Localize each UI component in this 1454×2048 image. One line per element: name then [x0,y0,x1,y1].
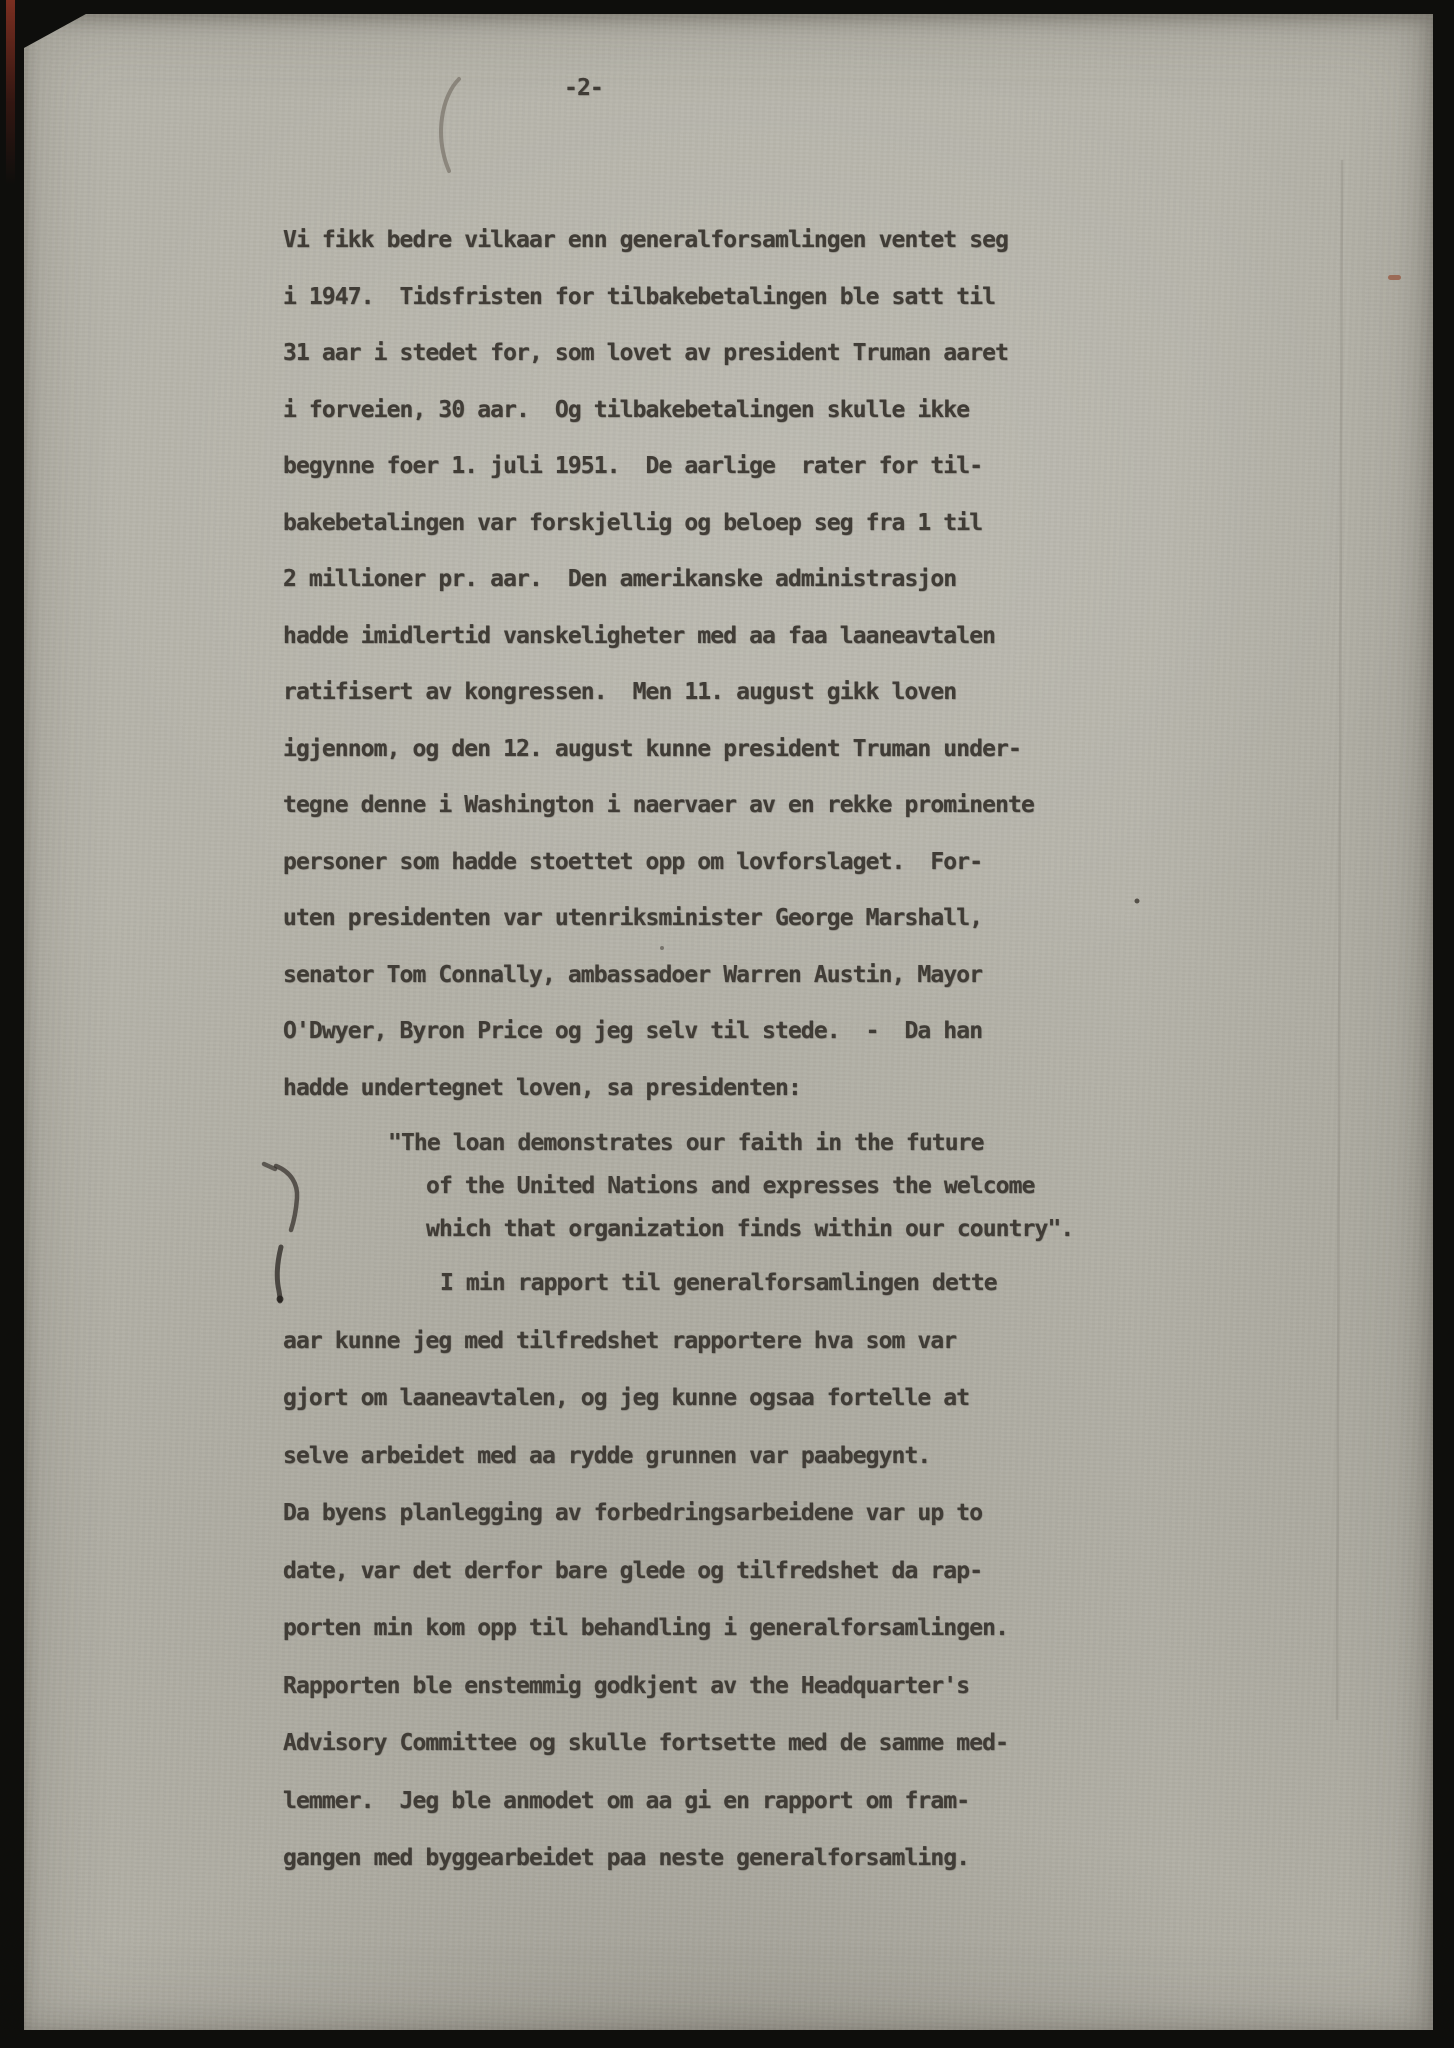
text-line: Vi fikk bedre vilkaar enn generalforsaml… [283,212,1034,269]
text-line: Da byens planlegging av forbedringsarbei… [283,1485,1008,1543]
text-line: gangen med byggearbeidet paa neste gener… [283,1830,1008,1888]
text-line: personer som hadde stoettet opp om lovfo… [283,834,1034,891]
text-line: aar kunne jeg med tilfredshet rapportere… [283,1313,1008,1371]
text-line: 2 millioner pr. aar. Den amerikanske adm… [283,551,1034,608]
text-line: tegne denne i Washington i naervaer av e… [283,777,1034,834]
text-line: Advisory Committee og skulle fortsette m… [283,1715,1008,1773]
text-line: 31 aar i stedet for, som lovet av presid… [283,325,1034,382]
text-line: i 1947. Tidsfristen for tilbakebetalinge… [283,269,1034,326]
text-line: ratifisert av kongressen. Men 11. august… [283,664,1034,721]
paragraph-2: I min rapport til generalforsamlingen de… [283,1255,1008,1888]
text-line: I min rapport til generalforsamlingen de… [283,1255,1008,1313]
page-number: -2- [564,77,603,100]
text-line: senator Tom Connally, ambassadoer Warren… [283,947,1034,1004]
text-line: "The loan demonstrates our faith in the … [388,1122,1073,1165]
text-line: selve arbeidet med aa rydde grunnen var … [283,1428,1008,1486]
text-line: date, var det derfor bare glede og tilfr… [283,1543,1008,1601]
paragraph-1: Vi fikk bedre vilkaar enn generalforsaml… [283,212,1034,1116]
text-line: hadde undertegnet loven, sa presidenten: [283,1060,1034,1117]
text-line: gjort om laaneavtalen, og jeg kunne ogsa… [283,1370,1008,1428]
scanned-document: -2- Vi fikk bedre vilkaar enn generalfor… [0,0,1454,2048]
text-line: of the United Nations and expresses the … [426,1165,1073,1208]
text-line: Rapporten ble enstemmig godkjent av the … [283,1658,1008,1716]
scanner-edge-red-streak [6,0,15,185]
text-line: which that organization finds within our… [426,1208,1073,1251]
text-line: i forveien, 30 aar. Og tilbakebetalingen… [283,382,1034,439]
text-line: porten min kom opp til behandling i gene… [283,1600,1008,1658]
text-line: bakebetalingen var forskjellig og beloep… [283,495,1034,552]
text-line: igjennom, og den 12. august kunne presid… [283,721,1034,778]
text-line: begynne foer 1. juli 1951. De aarlige ra… [283,438,1034,495]
quote-block: "The loan demonstrates our faith in the … [426,1122,1073,1251]
text-line: uten presidenten var utenriksminister Ge… [283,890,1034,947]
text-line: O'Dwyer, Byron Price og jeg selv til ste… [283,1003,1034,1060]
text-line: hadde imidlertid vanskeligheter med aa f… [283,608,1034,665]
text-line: lemmer. Jeg ble anmodet om aa gi en rapp… [283,1773,1008,1831]
